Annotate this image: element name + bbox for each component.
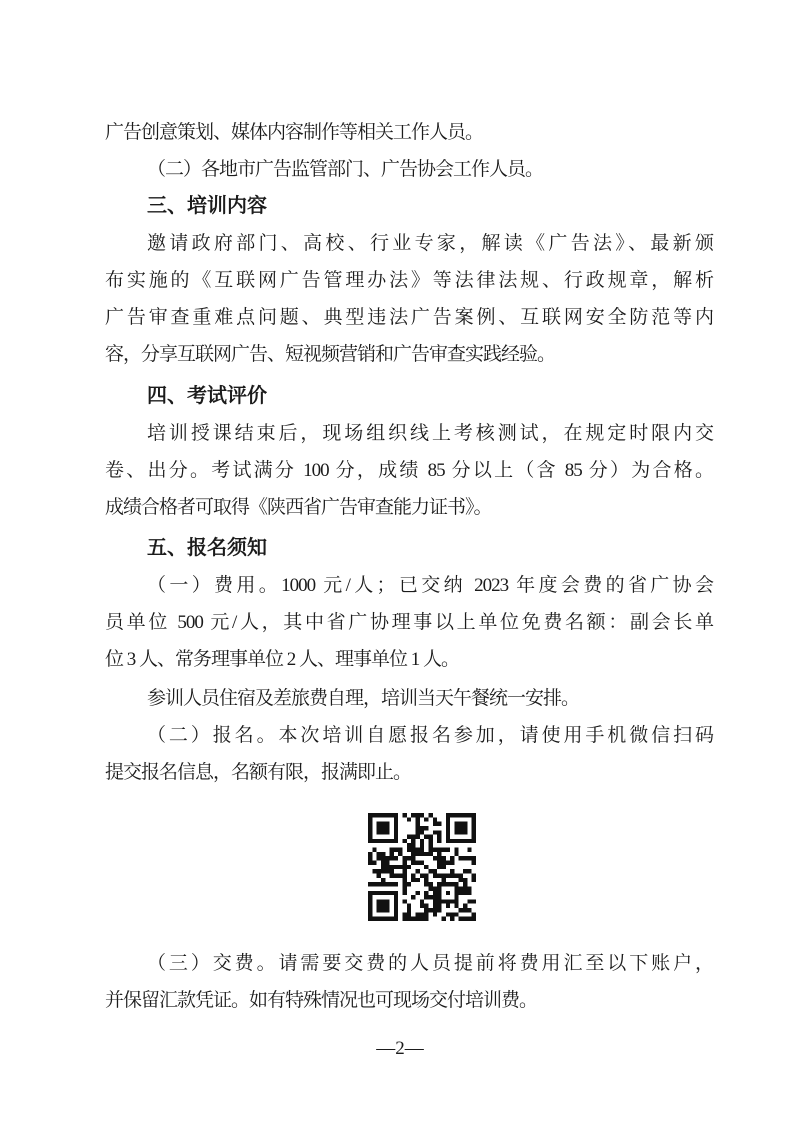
- page-number: —2—: [0, 1030, 800, 1067]
- document-line: 并保留汇款凭证。如有特殊情况也可现场交付培训费。: [105, 982, 713, 1019]
- document-line: 培训授课结束后，现场组织线上考核测试，在规定时限内交: [105, 415, 713, 452]
- document-line: 容，分享互联网广告、短视频营销和广告审查实践经验。: [105, 336, 713, 373]
- document-line: 提交报名信息，名额有限，报满即止。: [105, 754, 713, 791]
- document-line: 邀请政府部门、高校、行业专家，解读《广告法》、最新颁: [105, 225, 713, 262]
- document-line: （三）交费。请需要交费的人员提前将费用汇至以下账户，: [105, 945, 713, 982]
- document-line: （一）费用。1000 元/人；已交纳 2023 年度会费的省广协会: [105, 567, 713, 604]
- document-page: 广告创意策划、媒体内容制作等相关工作人员。（二）各地市广告监管部门、广告协会工作…: [0, 0, 800, 1137]
- paragraph: （三）交费。请需要交费的人员提前将费用汇至以下账户，并保留汇款凭证。如有特殊情况…: [105, 945, 713, 1019]
- paragraph: （一）费用。1000 元/人；已交纳 2023 年度会费的省广协会员单位 500…: [105, 567, 713, 678]
- paragraph: （二）各地市广告监管部门、广告协会工作人员。: [105, 151, 713, 188]
- document-line: （二）报名。本次培训自愿报名参加，请使用手机微信扫码: [105, 717, 713, 754]
- paragraph: 参训人员住宿及差旅费自理，培训当天午餐统一安排。: [105, 680, 713, 717]
- section-heading: 四、考试评价: [105, 378, 713, 415]
- paragraph: 培训授课结束后，现场组织线上考核测试，在规定时限内交卷、出分。考试满分 100 …: [105, 415, 713, 526]
- document-line: 布实施的《互联网广告管理办法》等法律法规、行政规章，解析: [105, 262, 713, 299]
- document-line: 位 3 人、常务理事单位 2 人、理事单位 1 人。: [105, 641, 713, 678]
- document-body: 广告创意策划、媒体内容制作等相关工作人员。（二）各地市广告监管部门、广告协会工作…: [105, 114, 713, 1019]
- document-line: 成绩合格者可取得《陕西省广告审查能力证书》。: [105, 489, 713, 526]
- document-line: 员单位 500 元/人，其中省广协理事以上单位免费名额：副会长单: [105, 604, 713, 641]
- document-line: 参训人员住宿及差旅费自理，培训当天午餐统一安排。: [105, 680, 713, 717]
- document-line: 广告审查重难点问题、典型违法广告案例、互联网安全防范等内: [105, 299, 713, 336]
- registration-qr-code: [368, 813, 476, 921]
- qr-code-container: [368, 813, 476, 921]
- document-line: 卷、出分。考试满分 100 分，成绩 85 分以上（含 85 分）为合格。: [105, 452, 713, 489]
- section-heading: 五、报名须知: [105, 530, 713, 567]
- paragraph: （二）报名。本次培训自愿报名参加，请使用手机微信扫码提交报名信息，名额有限，报满…: [105, 717, 713, 791]
- paragraph: 邀请政府部门、高校、行业专家，解读《广告法》、最新颁布实施的《互联网广告管理办法…: [105, 225, 713, 373]
- document-line: （二）各地市广告监管部门、广告协会工作人员。: [105, 151, 713, 188]
- section-heading: 三、培训内容: [105, 188, 713, 225]
- document-line: 广告创意策划、媒体内容制作等相关工作人员。: [105, 114, 713, 151]
- paragraph: 广告创意策划、媒体内容制作等相关工作人员。: [105, 114, 713, 151]
